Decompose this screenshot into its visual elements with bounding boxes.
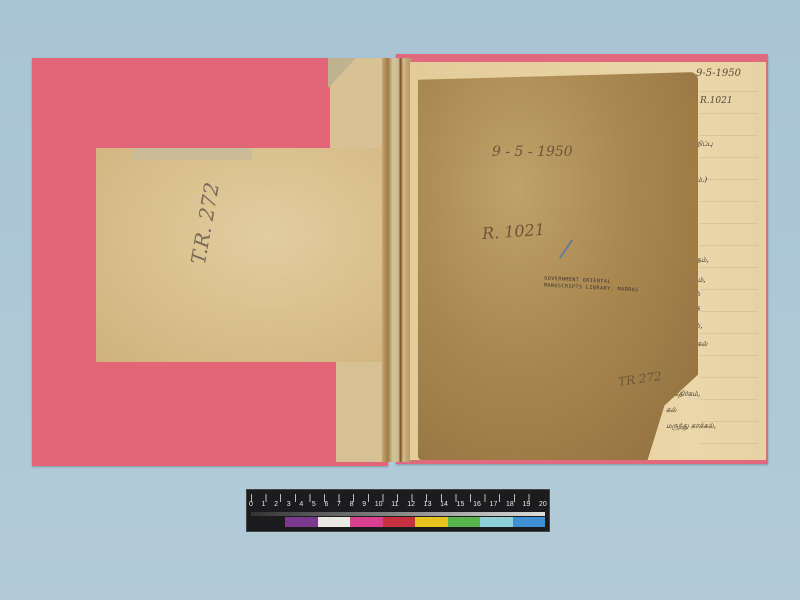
color-swatch [383, 517, 416, 527]
tick-label: 12 [407, 501, 415, 511]
color-swatch [513, 517, 546, 527]
tick-label: 8 [350, 501, 354, 511]
tick-label: 1 [262, 501, 266, 511]
color-swatch [415, 517, 448, 527]
stained-front-leaf [418, 72, 698, 460]
left-inner-paper [96, 148, 382, 362]
tick-label: 11 [391, 501, 398, 511]
front-leaf-date: 9 - 5 - 1950 [492, 144, 573, 160]
color-swatch [285, 517, 318, 527]
tick-label: 18 [506, 501, 514, 511]
book-spine [382, 58, 412, 462]
corner-fold [328, 58, 356, 88]
left-inner-paper-bottom [336, 362, 382, 462]
gray-gradient [251, 512, 545, 516]
tick-label: 3 [287, 501, 291, 511]
color-scale-bar: 0 1 2 3 4 5 6 7 8 9 10 11 12 13 14 15 16… [246, 489, 550, 532]
color-swatch [350, 517, 383, 527]
top-right-note: 9-5-1950 [696, 68, 741, 79]
tick-label: 14 [440, 501, 448, 511]
paper-tab [132, 148, 252, 160]
tamil-entry: கல் [666, 406, 676, 415]
tick-label: 20 [539, 501, 547, 511]
color-swatch [480, 517, 513, 527]
color-swatch [448, 517, 481, 527]
tick-label: 4 [299, 501, 303, 511]
tick-label: 2 [274, 501, 278, 511]
catalog-number-top: R.1021 [700, 96, 733, 106]
tick-label: 7 [337, 501, 341, 511]
scale-labels: 0 1 2 3 4 5 6 7 8 9 10 11 12 13 14 15 16… [247, 501, 549, 511]
tick-label: 13 [424, 501, 432, 511]
tick-label: 6 [324, 501, 328, 511]
tick-label: 10 [375, 501, 383, 511]
tick-label: 15 [457, 501, 465, 511]
tick-label: 17 [490, 501, 498, 511]
tick-label: 0 [249, 501, 253, 511]
tick-label: 9 [362, 501, 366, 511]
tick-label: 16 [473, 501, 481, 511]
tick-label: 19 [522, 501, 530, 511]
tamil-entry: மருந்து காக்கல், [666, 422, 716, 431]
color-swatches [285, 517, 545, 527]
color-swatch [318, 517, 351, 527]
tick-label: 5 [312, 501, 316, 511]
